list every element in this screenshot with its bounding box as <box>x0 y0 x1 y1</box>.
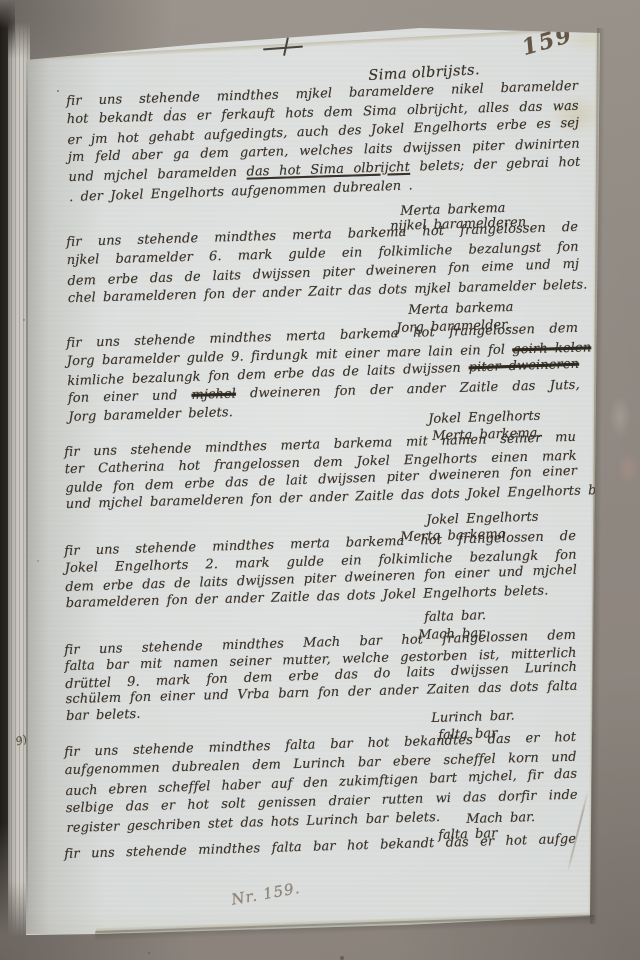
signature: Lurinch bar. <box>431 709 515 726</box>
signature: Jokel Engelhorts <box>428 409 541 427</box>
signature: Merta barkema <box>408 300 514 318</box>
paragraph-1: fir uns stehende mindthes mjkel barameld… <box>66 77 581 206</box>
cross-mark-stroke <box>263 46 303 51</box>
text-segment: fon einer und <box>68 387 192 405</box>
cross-mark <box>263 36 307 62</box>
dust-specks <box>57 90 59 92</box>
paragraph-2: fir uns stehende mindthes merta barkema … <box>66 218 580 309</box>
signature: Jokel Engelhorts <box>426 510 539 528</box>
signature: Mach bar. <box>466 810 535 827</box>
backdrop-light-patch <box>604 386 636 448</box>
struck-text: mjchel <box>191 386 236 402</box>
archival-note: Nr. 159. <box>230 879 302 909</box>
manuscript-page: 159 Sima olbrijsts. fir uns stehende min… <box>0 0 640 960</box>
photograph: 159 Sima olbrijsts. fir uns stehende min… <box>0 0 640 960</box>
gutter-fold-line <box>26 58 28 928</box>
struck-text: goirh kelen <box>512 340 591 357</box>
signature: falta bar. <box>424 608 486 625</box>
backdrop-smudge <box>612 446 640 492</box>
ink-blot <box>383 14 398 31</box>
struck-text: piter dweineren <box>468 357 579 376</box>
paragraph-4: fir uns stehende mindthes merta barkema … <box>64 429 578 514</box>
page-top-edge <box>24 27 603 62</box>
paragraph-5: fir uns stehende mindthes merta barkema … <box>64 528 578 613</box>
